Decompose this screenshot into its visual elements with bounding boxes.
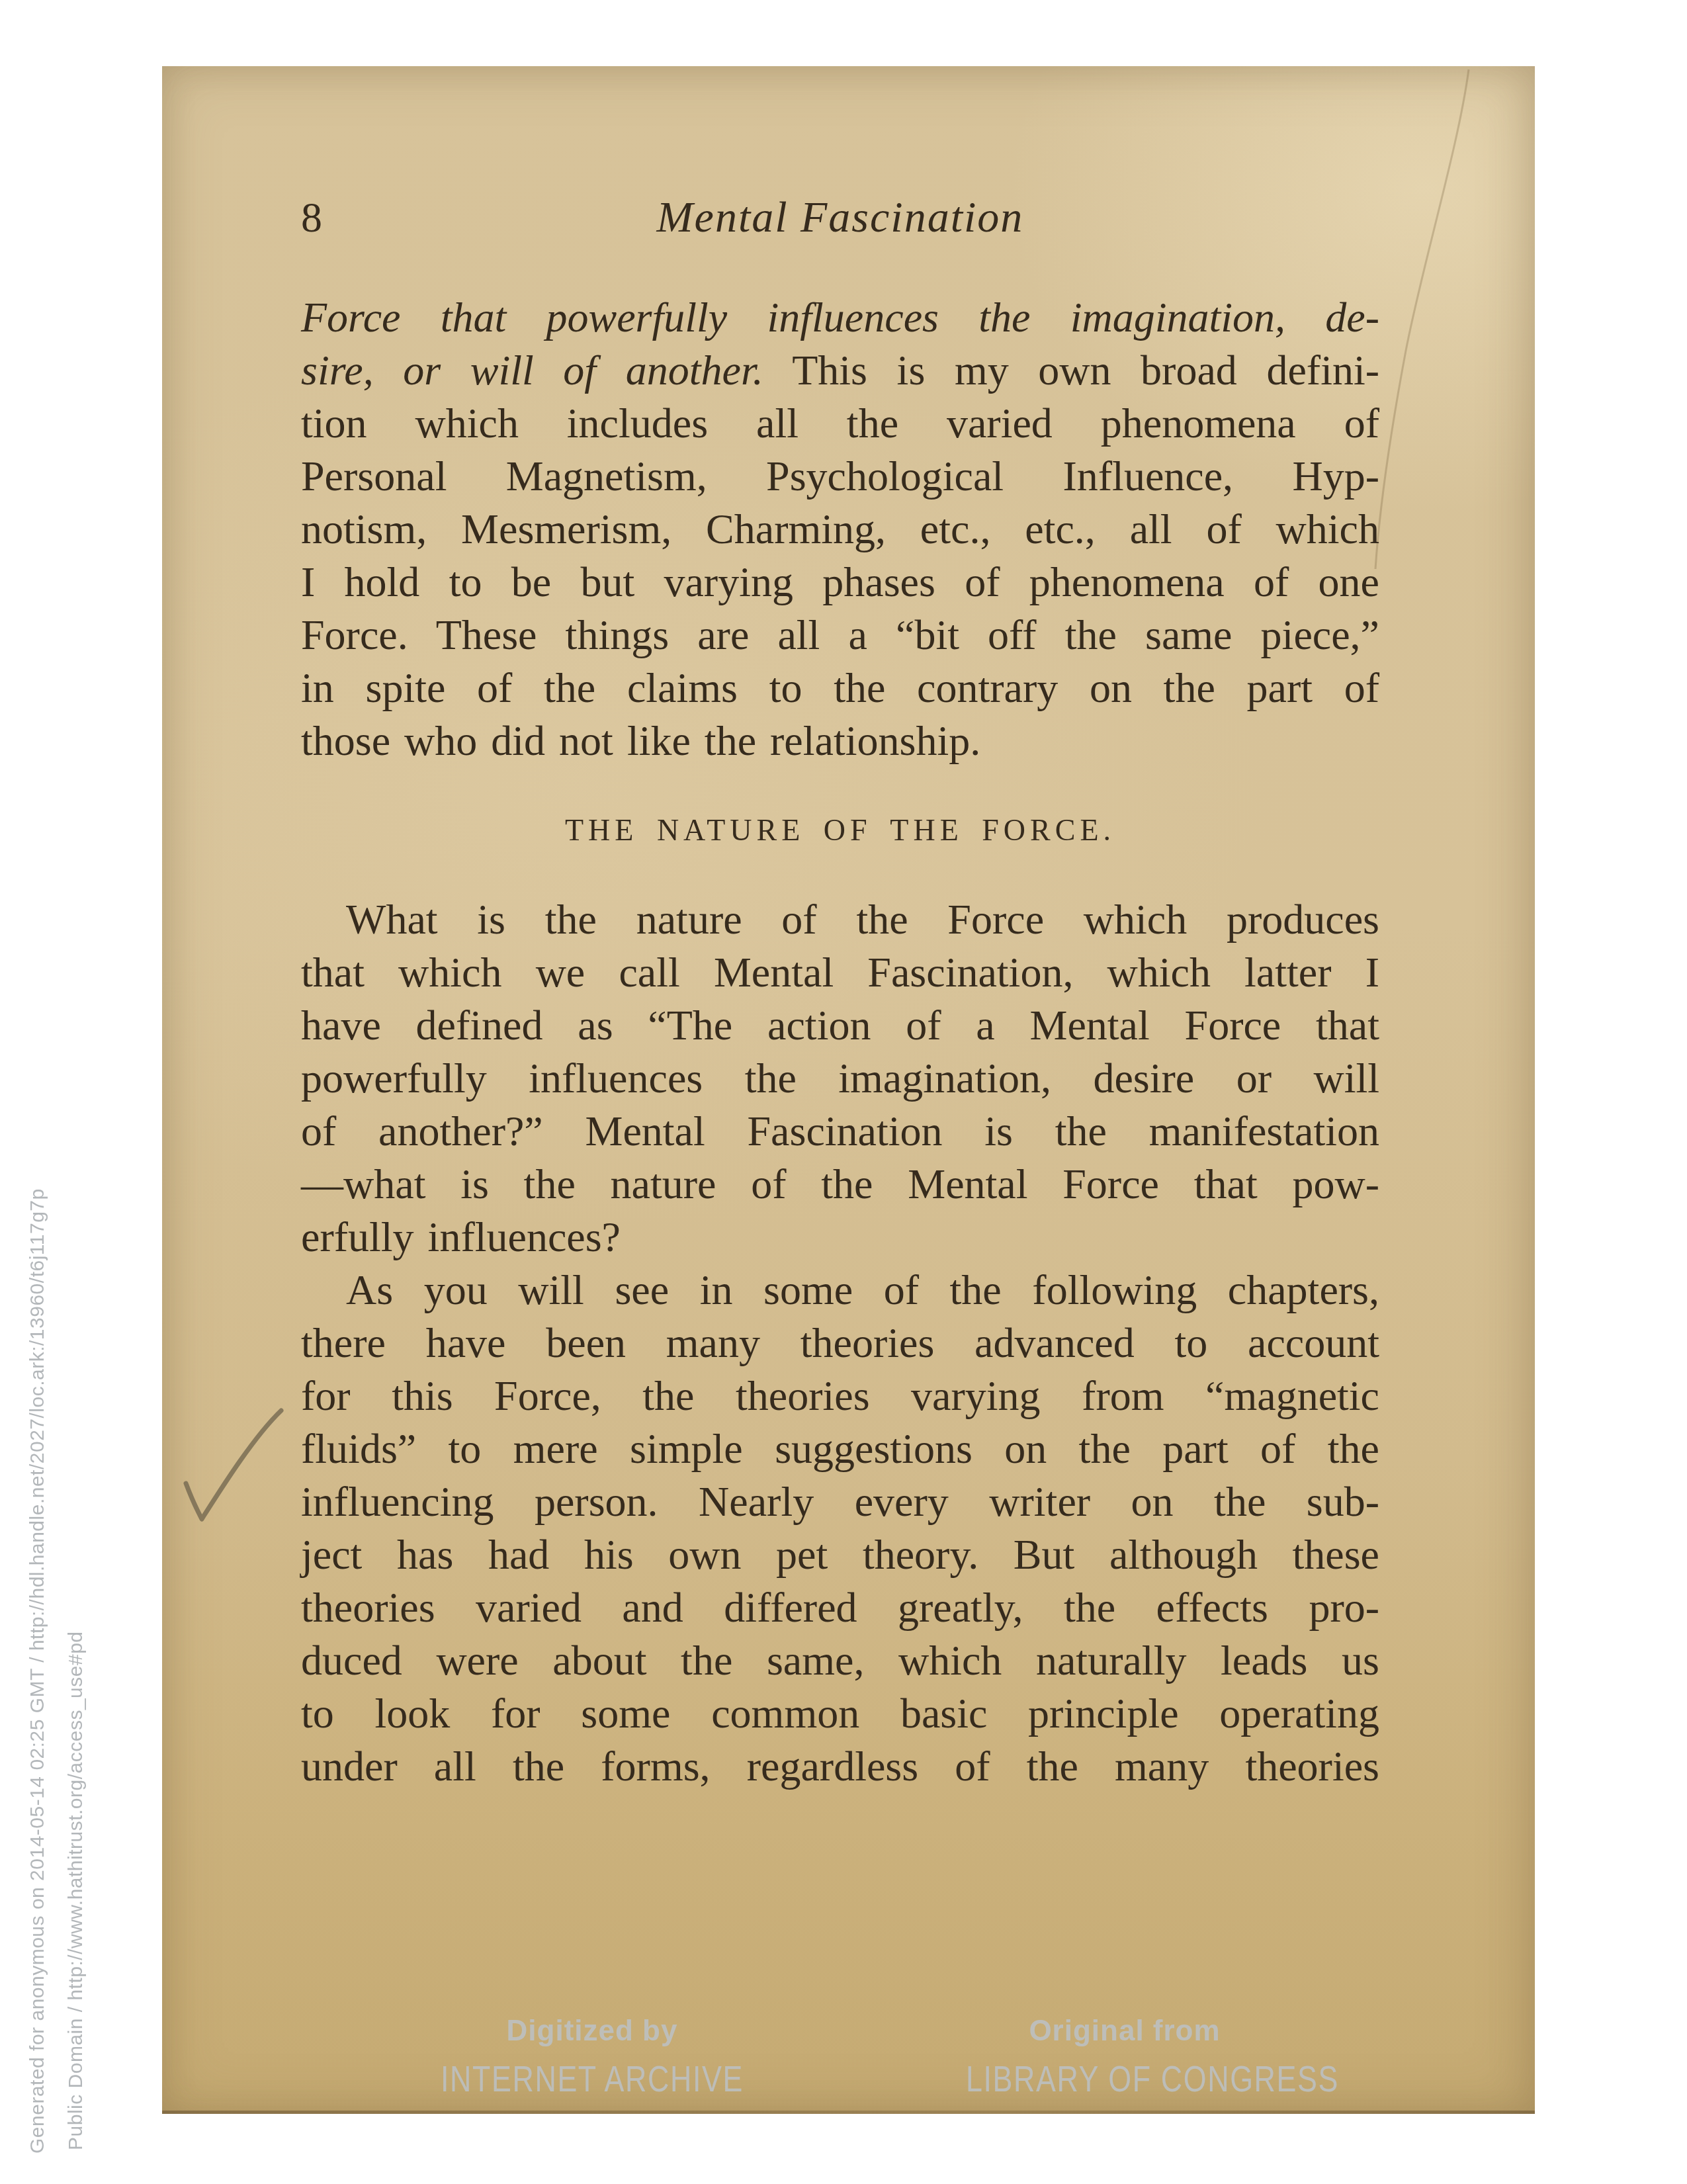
sidebar-generated-note: Generated for anonymous on 2014-05-14 02… bbox=[26, 1188, 49, 2154]
text-line: I hold to be but varying phases of pheno… bbox=[301, 556, 1379, 609]
paragraph: What is the nature of the Force which pr… bbox=[301, 893, 1379, 1264]
text-line: powerfully influences the imagination, d… bbox=[301, 1052, 1379, 1105]
text-line: duced were about the same, which natural… bbox=[301, 1634, 1379, 1687]
body-text: Force that powerfully influences the ima… bbox=[301, 291, 1379, 1793]
text-line: erfully influences? bbox=[301, 1211, 1379, 1264]
text-line: Personal Magnetism, Psychological Influe… bbox=[301, 450, 1379, 503]
text-line: notism, Mesmerism, Charming, etc., etc.,… bbox=[301, 503, 1379, 556]
text-line: theories varied and differed greatly, th… bbox=[301, 1581, 1379, 1634]
text-line: under all the forms, regardless of the m… bbox=[301, 1740, 1379, 1793]
text-line: Force. These things are all a “bit off t… bbox=[301, 609, 1379, 662]
text-line: in spite of the claims to the contrary o… bbox=[301, 662, 1379, 715]
pencil-checkmark-icon bbox=[174, 1396, 306, 1594]
text-line: fluids” to mere simple suggestions on th… bbox=[301, 1422, 1379, 1475]
watermark-digitized-by-label: Digitized by bbox=[394, 2015, 791, 2048]
text-line: What is the nature of the Force which pr… bbox=[301, 893, 1379, 946]
text-line: of another?” Mental Fascination is the m… bbox=[301, 1105, 1379, 1158]
paragraph: Force that powerfully influences the ima… bbox=[301, 291, 1379, 767]
watermark-library-of-congress: Original from LIBRARY OF CONGRESS bbox=[926, 2015, 1323, 2100]
watermark-internet-archive-label: INTERNET ARCHIVE bbox=[433, 2057, 751, 2100]
book-page-scan: 8 Mental Fascination Force that powerful… bbox=[162, 66, 1535, 2114]
scan-viewer-canvas: Generated for anonymous on 2014-05-14 02… bbox=[0, 0, 1687, 2184]
watermark-library-of-congress-label: LIBRARY OF CONGRESS bbox=[966, 2057, 1283, 2100]
watermark-original-from-label: Original from bbox=[926, 2015, 1323, 2048]
text-line: tion which includes all the varied pheno… bbox=[301, 397, 1379, 450]
text-line: As you will see in some of the following… bbox=[301, 1264, 1379, 1317]
text-line: for this Force, the theories varying fro… bbox=[301, 1370, 1379, 1422]
text-line: those who did not like the relationship. bbox=[301, 715, 1379, 767]
paragraph: As you will see in some of the following… bbox=[301, 1264, 1379, 1793]
sidebar-public-domain-note: Public Domain / http://www.hathitrust.or… bbox=[65, 1631, 87, 2150]
text-line: to look for some common basic principle … bbox=[301, 1687, 1379, 1740]
text-line: influencing person. Nearly every writer … bbox=[301, 1475, 1379, 1528]
text-line: have defined as “The action of a Mental … bbox=[301, 999, 1379, 1052]
text-line: there have been many theories advanced t… bbox=[301, 1317, 1379, 1370]
running-title: Mental Fascination bbox=[301, 191, 1379, 244]
section-heading: THE NATURE OF THE FORCE. bbox=[301, 767, 1379, 893]
running-head: 8 Mental Fascination bbox=[301, 191, 1379, 244]
text-line: sire, or will of another. This is my own… bbox=[301, 344, 1379, 397]
text-line: ject has had his own pet theory. But alt… bbox=[301, 1528, 1379, 1581]
text-line: Force that powerfully influences the ima… bbox=[301, 291, 1379, 344]
text-line: —what is the nature of the Mental Force … bbox=[301, 1158, 1379, 1211]
text-line: that which we call Mental Fascination, w… bbox=[301, 946, 1379, 999]
watermark-internet-archive: Digitized by INTERNET ARCHIVE bbox=[394, 2015, 791, 2100]
